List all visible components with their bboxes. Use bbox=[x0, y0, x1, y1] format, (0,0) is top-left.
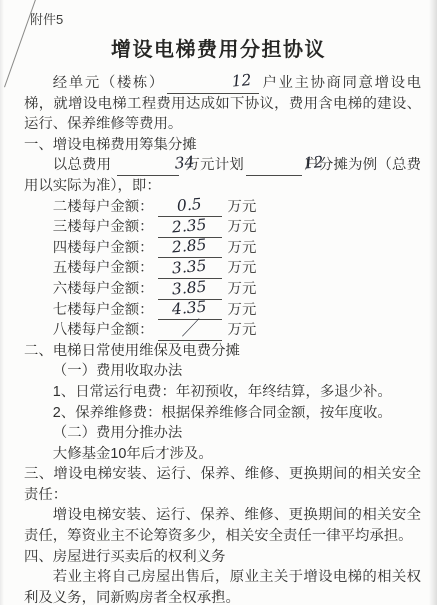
section3-body: 增设电梯安装、运行、保养、维修、更换期间的相关安全责任，筹资业主不论筹资多少，相… bbox=[24, 505, 421, 546]
document-body: 经单元（楼栋）12户业主协商同意增设电梯，就增设电梯工程费用达成如下协议，费用含… bbox=[0, 73, 437, 605]
floor-row: 三楼每户金额：2.35万元 bbox=[53, 217, 421, 238]
handwritten-floor-amount: ／ bbox=[180, 321, 199, 337]
section4-heading: 四、房屋进行买卖后的权利义务 bbox=[24, 547, 421, 568]
floor-label: 三楼每户金额： bbox=[53, 219, 154, 235]
floor-amount-blank: 0.5 bbox=[158, 199, 222, 217]
floor-label: 四楼每户金额： bbox=[53, 240, 154, 256]
total-cost-text-before: 以总费用 bbox=[53, 157, 111, 173]
intro-paragraph: 经单元（楼栋）12户业主协商同意增设电梯，就增设电梯工程费用达成如下协议，费用含… bbox=[24, 73, 421, 135]
total-cost-blank: 34 bbox=[117, 158, 179, 176]
floor-label: 五楼每户金额： bbox=[53, 260, 154, 276]
handwritten-floor-amount: 2.85 bbox=[172, 238, 208, 255]
document-page: 附件5 增设电梯费用分担协议 经单元（楼栋）12户业主协商同意增设电梯，就增设电… bbox=[0, 0, 437, 605]
handwritten-unit-number: 12 bbox=[202, 73, 252, 91]
section1-heading: 一、增设电梯费用筹集分摊 bbox=[24, 135, 421, 156]
floor-row: 四楼每户金额：2.85万元 bbox=[53, 238, 421, 259]
handwritten-floor-amount: 4.35 bbox=[172, 300, 208, 317]
handwritten-floor-amount: 3.35 bbox=[172, 258, 208, 275]
maintenance-fee-item: 2、保养维修费：根据保养维修合同金额，按年度收。 bbox=[53, 403, 421, 424]
floor-label: 二楼每户金额： bbox=[53, 199, 154, 215]
intro-text-before: 经单元（楼栋） bbox=[53, 75, 165, 91]
floor-unit: 万元 bbox=[228, 260, 257, 276]
floor-row: 六楼每户金额：3.85万元 bbox=[53, 279, 421, 300]
floor-amount-blank: 3.35 bbox=[158, 261, 222, 279]
attachment-label: 附件5 bbox=[30, 9, 63, 28]
fee-sharing-subheading: （二）费用分推办法 bbox=[53, 423, 421, 444]
floor-amount-blank: 4.35 bbox=[158, 302, 222, 320]
floor-label: 六楼每户金额： bbox=[53, 281, 154, 297]
floor-row: 二楼每户金额：0.5万元 bbox=[53, 197, 421, 218]
floor-unit: 万元 bbox=[228, 240, 257, 256]
floor-unit: 万元 bbox=[228, 199, 257, 215]
household-count-blank: 12 bbox=[246, 158, 302, 176]
section1-cost-line: 以总费用34万元计划12户分摊为例（总费用以实际为准），即： bbox=[24, 155, 421, 196]
unit-number-blank: 12 bbox=[167, 76, 259, 94]
floor-amount-blank: 2.85 bbox=[158, 240, 222, 258]
handwritten-total-cost: 34 bbox=[145, 155, 195, 173]
handwritten-household-count: 12 bbox=[274, 155, 324, 173]
fee-collection-subheading: （一）费用收取办法 bbox=[53, 361, 421, 382]
repair-fund-note: 大修基金10年后才涉及。 bbox=[53, 444, 421, 465]
electricity-fee-item: 1、日常运行电费：年初预收，年终结算，多退少补。 bbox=[53, 382, 421, 403]
floor-amount-blank: 2.35 bbox=[158, 220, 222, 238]
floor-unit: 万元 bbox=[228, 322, 257, 338]
floor-label: 八楼每户金额： bbox=[53, 322, 154, 338]
floor-unit: 万元 bbox=[228, 281, 257, 297]
section2-heading: 二、电梯日常使用维保及电费分摊 bbox=[24, 341, 421, 362]
floor-amount-blank: ／ bbox=[158, 323, 222, 341]
floor-amount-blank: 3.85 bbox=[158, 282, 222, 300]
handwritten-floor-amount: 3.85 bbox=[172, 279, 208, 296]
floor-unit: 万元 bbox=[228, 302, 257, 318]
floor-row: 八楼每户金额：／万元 bbox=[53, 320, 421, 341]
floor-row: 七楼每户金额：4.35万元 bbox=[53, 300, 421, 321]
handwritten-floor-amount: 0.5 bbox=[177, 197, 203, 213]
document-title: 增设电梯费用分担协议 bbox=[0, 33, 437, 62]
section3-heading: 三、增设电梯安装、运行、保养、维修、更换期间的相关安全责任： bbox=[24, 464, 421, 505]
section4-body: 若业主将自己房屋出售后，原业主关于增设电梯的相关权利及义务，同新购房者全权承担。 bbox=[24, 567, 421, 605]
page-number: 8 bbox=[0, 588, 437, 599]
floor-label: 七楼每户金额： bbox=[53, 302, 154, 318]
floor-unit: 万元 bbox=[228, 219, 257, 235]
floor-row: 五楼每户金额：3.35万元 bbox=[53, 258, 421, 279]
handwritten-floor-amount: 2.35 bbox=[172, 217, 208, 234]
